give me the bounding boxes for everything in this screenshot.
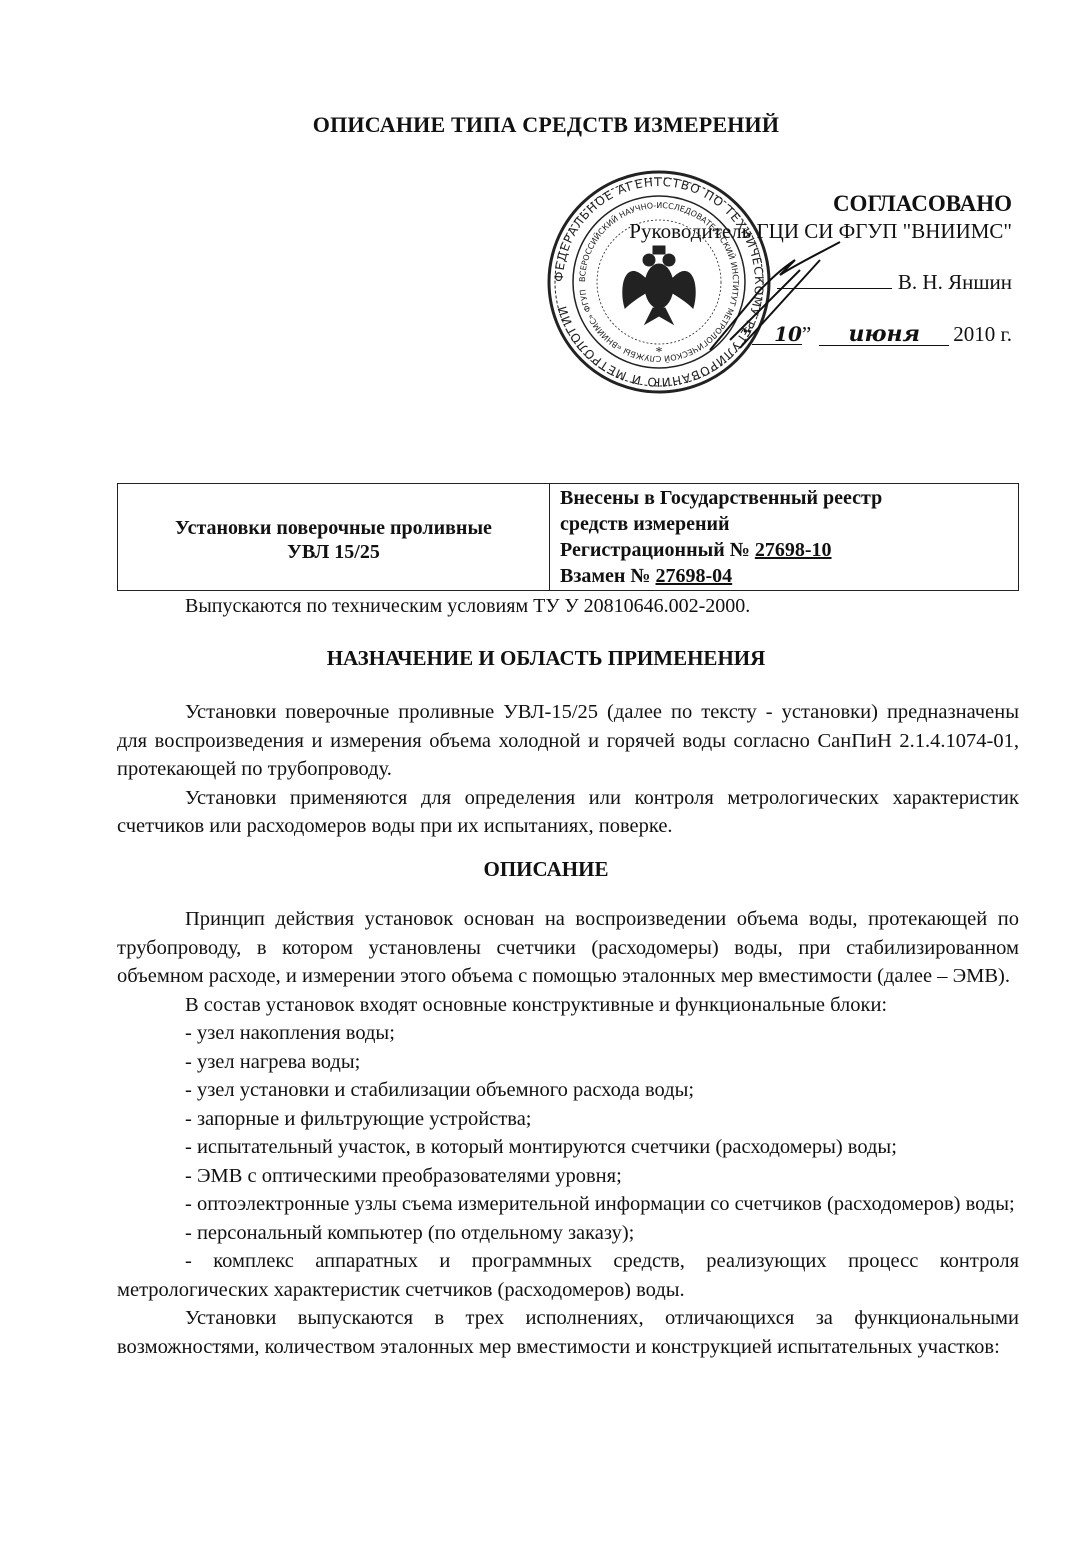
registration-number: 27698-10 <box>755 539 832 561</box>
list-item: - испытательный участок, в который монти… <box>117 1133 1019 1162</box>
paragraph: Принцип действия установок основан на во… <box>117 905 1019 991</box>
registration-number-row: Регистрационный № 27698-10 <box>560 537 1018 563</box>
list-item: - персональный компьютер (по отдельному … <box>117 1219 1019 1248</box>
instrument-name-cell: Установки поверочные проливные УВЛ 15/25 <box>118 484 550 590</box>
section-purpose-body: Установки поверочные проливные УВЛ-15/25… <box>117 698 1019 841</box>
date-close-quote: ” <box>802 322 811 346</box>
paragraph: В состав установок входят основные конст… <box>117 991 1019 1020</box>
instrument-name: Установки поверочные проливные <box>175 516 492 540</box>
section-heading-description: ОПИСАНИЕ <box>0 857 1092 882</box>
list-item: - ЭМВ с оптическими преобразователями ур… <box>117 1162 1019 1191</box>
technical-conditions: Выпускаются по техническим условиям ТУ У… <box>185 595 750 618</box>
page-title: ОПИСАНИЕ ТИПА СРЕДСТВ ИЗМЕРЕНИЙ <box>0 112 1092 138</box>
approver-name: В. Н. Яншин <box>898 270 1012 294</box>
registry-line-1: Внесены в Государственный реестр <box>560 485 1018 511</box>
replaces-label: Взамен № <box>560 565 656 587</box>
list-item: - запорные и фильтрующие устройства; <box>117 1105 1019 1134</box>
section-heading-purpose: НАЗНАЧЕНИЕ И ОБЛАСТЬ ПРИМЕНЕНИЯ <box>0 646 1092 671</box>
date-open-quote: “ <box>743 322 752 346</box>
approver-signature-row: В. Н. Яншин <box>629 272 1012 293</box>
list-item: - узел нагрева воды; <box>117 1048 1019 1077</box>
paragraph: Установки применяются для определения ил… <box>117 784 1019 841</box>
replaces-number: 27698-04 <box>656 565 733 587</box>
section-description-body: Принцип действия установок основан на во… <box>117 905 1019 1361</box>
date-month: июня <box>819 323 949 346</box>
signature-line <box>777 288 892 289</box>
list-item: - оптоэлектронные узлы съема измерительн… <box>117 1190 1019 1219</box>
registry-info-cell: Внесены в Государственный реестр средств… <box>550 484 1018 590</box>
replaces-number-row: Взамен № 27698-04 <box>560 563 1018 589</box>
paragraph: Установки выпускаются в трех исполнениях… <box>117 1304 1019 1361</box>
date-year: 2010 г. <box>953 322 1012 346</box>
svg-text:*: * <box>656 345 663 360</box>
date-day: 10 <box>752 324 802 345</box>
approval-heading: СОГЛАСОВАНО <box>629 192 1012 215</box>
list-item: - узел установки и стабилизации объемног… <box>117 1076 1019 1105</box>
instrument-model: УВЛ 15/25 <box>287 540 380 564</box>
registry-line-2: средств измерений <box>560 511 1018 537</box>
paragraph: Установки поверочные проливные УВЛ-15/25… <box>117 698 1019 784</box>
approval-block: СОГЛАСОВАНО Руководитель ГЦИ СИ ФГУП "ВН… <box>629 192 1012 346</box>
approver-role: Руководитель ГЦИ СИ ФГУП "ВНИИМС" <box>629 221 1012 242</box>
registry-table: Установки поверочные проливные УВЛ 15/25… <box>117 483 1019 591</box>
list-item: - комплекс аппаратных и программных сред… <box>117 1247 1019 1304</box>
list-item: - узел накопления воды; <box>117 1019 1019 1048</box>
approval-date: “10”июня2010 г. <box>629 323 1012 346</box>
registration-label: Регистрационный № <box>560 539 755 561</box>
